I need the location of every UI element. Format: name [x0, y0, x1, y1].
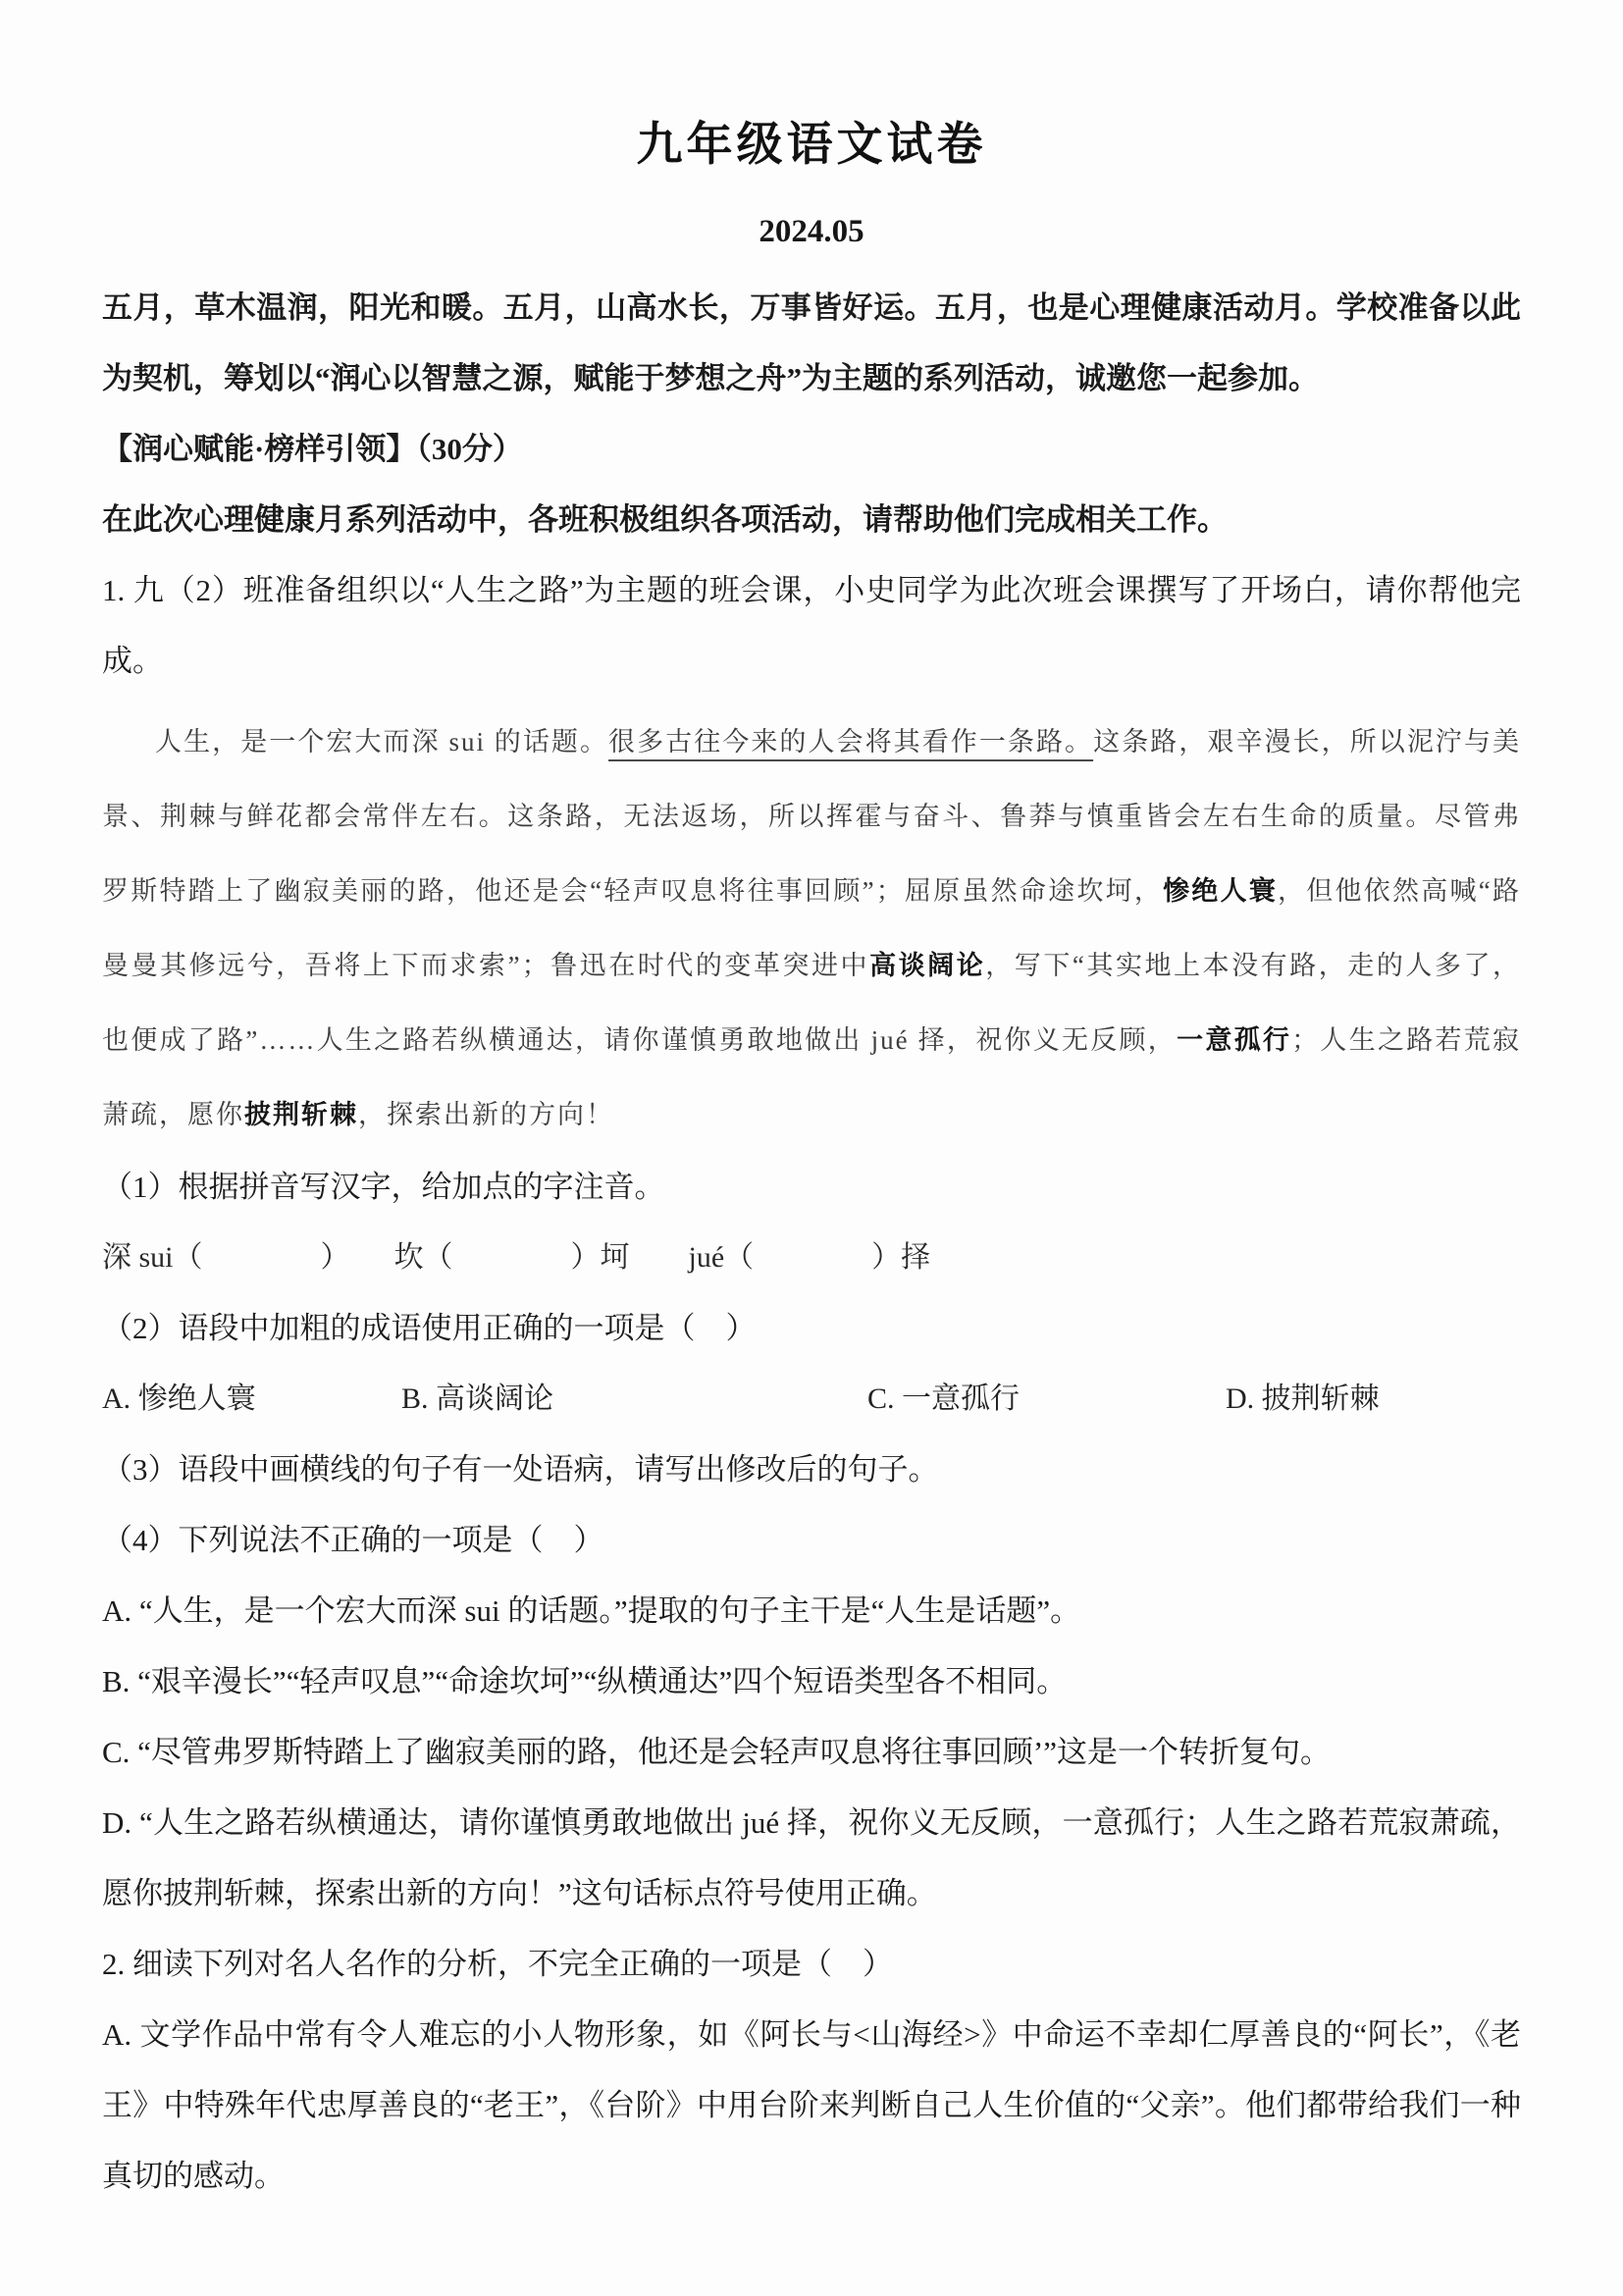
intro-paragraph: 五月，草木温润，阳光和暖。五月，山高水长，万事皆好运。五月，也是心理健康活动月。… [102, 273, 1521, 414]
question-2: 2. 细读下列对名人名作的分析，不完全正确的一项是（ ） A. 文学作品中常有令… [102, 1929, 1521, 2212]
question-1-passage: 人生，是一个宏大而深 sui 的话题。很多古往今来的人会将其看作一条路。这条路，… [102, 704, 1521, 1152]
question-1-sub2-options: A. 惨绝人寰 B. 高谈阔论 C. 一意孤行 D. 披荆斩棘 [102, 1364, 1521, 1435]
question-2-option-a: A. 文学作品中常有令人难忘的小人物形象，如《阿长与<山海经>》中命运不幸却仁厚… [102, 2000, 1521, 2212]
question-1-sub4-option-d: D. “人生之路若纵横通达，请你谨慎勇敢地做出 jué 择，祝你义无反顾，一意孤… [102, 1788, 1521, 1929]
question-1-sub2-stem: （2）语段中加粗的成语使用正确的一项是（ ） [102, 1293, 1521, 1364]
exam-date: 2024.05 [102, 212, 1521, 251]
exam-paper: 九年级语文试卷 2024.05 五月，草木温润，阳光和暖。五月，山高水长，万事皆… [0, 0, 1623, 2296]
section-lead: 在此次心理健康月系列活动中，各班积极组织各项活动，请帮助他们完成相关工作。 [102, 485, 1521, 555]
option-b: B. 高谈阔论 [401, 1364, 867, 1435]
question-1-sub4-stem: （4）下列说法不正确的一项是（ ） [102, 1505, 1521, 1576]
question-1-stem: 1. 九（2）班准备组织以“人生之路”为主题的班会课，小史同学为此次班会课撰写了… [102, 555, 1521, 697]
question-1-sub4-option-a: A. “人生，是一个宏大而深 sui 的话题。”提取的句子主干是“人生是话题”。 [102, 1576, 1521, 1646]
question-1-sub4-option-b: B. “艰辛漫长”“轻声叹息”“命途坎坷”“纵横通达”四个短语类型各不相同。 [102, 1646, 1521, 1717]
question-1-sub4-option-c: C. “尽管弗罗斯特踏上了幽寂美丽的路，他还是会轻声叹息将往事回顾’”这是一个转… [102, 1717, 1521, 1788]
option-d: D. 披荆斩棘 [1226, 1364, 1521, 1435]
question-2-stem: 2. 细读下列对名人名作的分析，不完全正确的一项是（ ） [102, 1929, 1521, 2000]
option-a: A. 惨绝人寰 [102, 1364, 401, 1435]
question-1-sub1-blanks: 深 sui（ ） 坎（ ）坷 jué（ ）择 [102, 1223, 1521, 1293]
question-1-sub3-stem: （3）语段中画横线的句子有一处语病，请写出修改后的句子。 [102, 1435, 1521, 1505]
page-title: 九年级语文试卷 [102, 116, 1521, 175]
option-c: C. 一意孤行 [867, 1364, 1226, 1435]
section-header: 【润心赋能·榜样引领】（30分） [102, 414, 1521, 485]
question-1-sub1-stem: （1）根据拼音写汉字，给加点的字注音。 [102, 1152, 1521, 1223]
